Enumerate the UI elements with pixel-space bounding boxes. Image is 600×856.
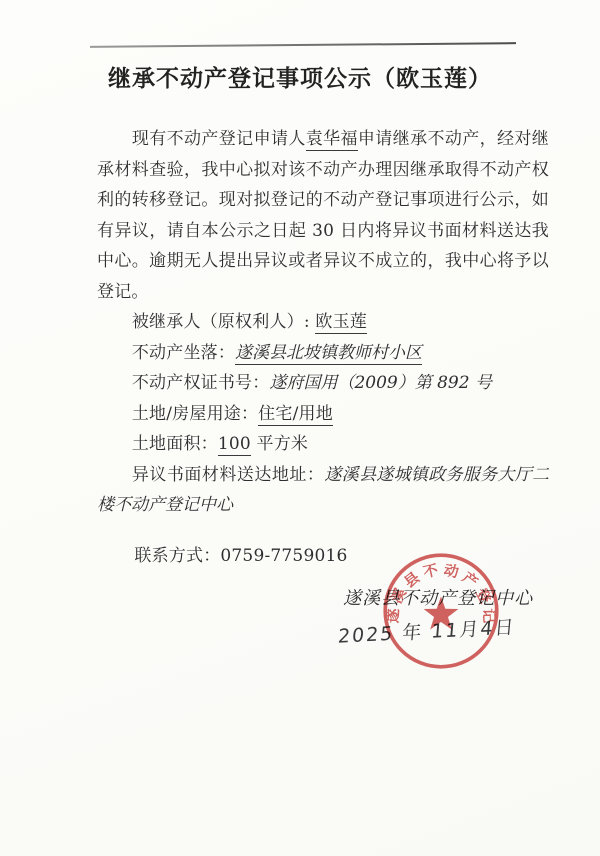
field-certificate-number: 不动产权证书号：遂府国用（2009）第 892 号 bbox=[97, 368, 549, 399]
field-land-use-label: 土地/房屋用途： bbox=[132, 404, 258, 424]
field-property-location-value: 遂溪县北坡镇教师村小区 bbox=[235, 343, 422, 365]
field-land-area-unit: 平方米 bbox=[251, 434, 308, 454]
handwritten-date: 2025 年 11月4日 bbox=[337, 612, 517, 648]
field-decedent-label: 被继承人（原权利人）: bbox=[132, 312, 316, 332]
field-certificate-number-label: 不动产权证书号： bbox=[132, 373, 270, 393]
contact-phone: 0759-7759016 bbox=[220, 546, 347, 566]
field-land-area-value: 100 bbox=[218, 434, 251, 456]
field-certificate-number-value: 遂府国用（2009）第 892 号 bbox=[269, 373, 492, 393]
field-decedent-value: 欧玉莲 bbox=[315, 312, 367, 334]
signature-block: 遂溪县不动产登记中心 2025 年 11月4日 bbox=[338, 584, 538, 644]
field-property-location: 不动产坐落：遂溪县北坡镇教师村小区 bbox=[97, 338, 549, 369]
paragraph-text-lead: 现有不动产登记申请人 bbox=[132, 129, 306, 149]
field-land-area: 土地面积：100 平方米 bbox=[97, 429, 549, 460]
field-objection-address: 异议书面材料送达地址：遂溪县遂城镇政务服务大厅二楼不动产登记中心 bbox=[97, 460, 549, 521]
notice-paragraph: 现有不动产登记申请人袁华福申请继承不动产，经对继承材料查验，我中心拟对该不动产办… bbox=[97, 124, 549, 307]
contact-line: 联系方式：0759-7759016 bbox=[97, 541, 549, 572]
field-land-use: 土地/房屋用途：住宅/用地 bbox=[97, 399, 549, 430]
field-land-use-value: 住宅/用地 bbox=[258, 404, 333, 426]
notice-body: 现有不动产登记申请人袁华福申请继承不动产，经对继承材料查验，我中心拟对该不动产办… bbox=[97, 124, 549, 571]
header-rule bbox=[90, 42, 516, 48]
field-decedent: 被继承人（原权利人）: 欧玉莲 bbox=[97, 307, 549, 338]
document-page: 继承不动产登记事项公示（欧玉莲） 现有不动产登记申请人袁华福申请继承不动产，经对… bbox=[0, 0, 600, 856]
field-objection-address-label: 异议书面材料送达地址： bbox=[132, 465, 325, 485]
applicant-name: 袁华福 bbox=[306, 129, 358, 151]
page-title: 继承不动产登记事项公示（欧玉莲） bbox=[0, 60, 600, 93]
contact-label: 联系方式： bbox=[134, 546, 220, 566]
field-land-area-label: 土地面积： bbox=[132, 434, 218, 454]
field-property-location-label: 不动产坐落： bbox=[132, 343, 235, 363]
paragraph-text-rest: 申请继承不动产，经对继承材料查验，我中心拟对该不动产办理因继承取得不动产权利的转… bbox=[97, 129, 549, 302]
issuing-org: 遂溪县不动产登记中心 bbox=[338, 584, 538, 610]
